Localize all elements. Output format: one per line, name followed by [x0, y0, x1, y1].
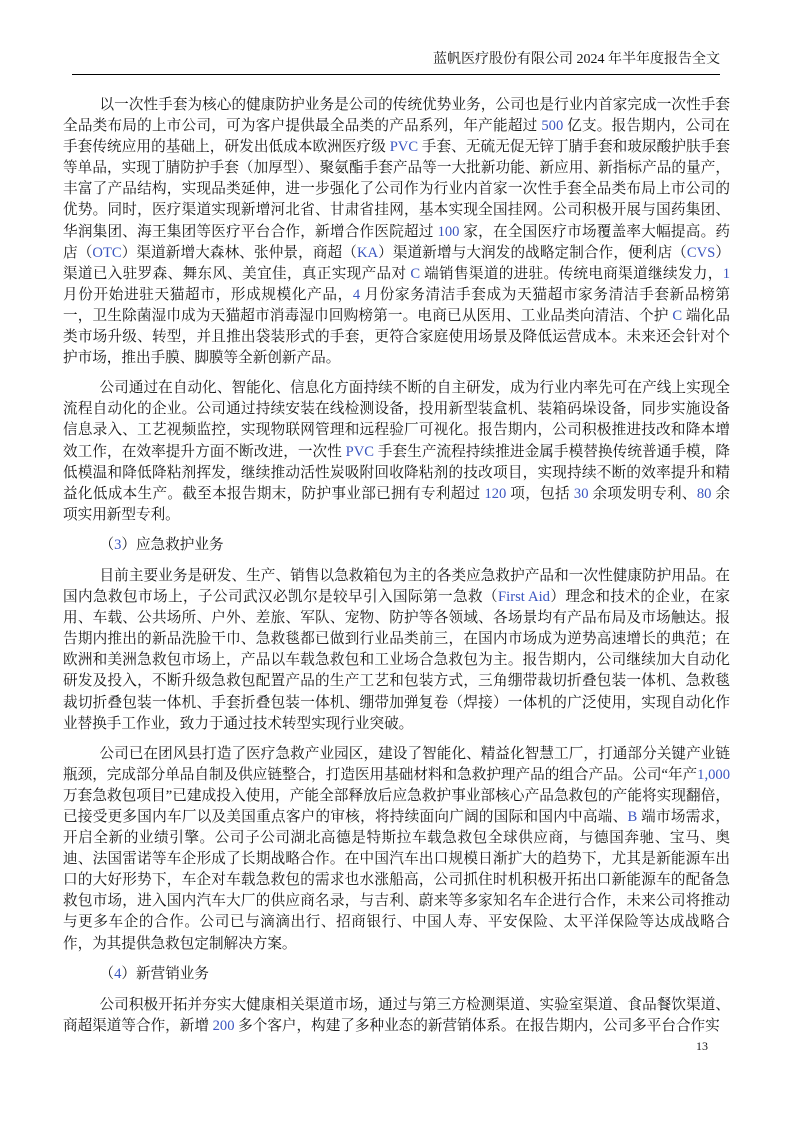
report-page: 蓝帆医疗股份有限公司 2024 年半年度报告全文 以一次性手套为核心的健康防护业…: [0, 0, 793, 1122]
paragraph: 公司积极开拓并夯实大健康相关渠道市场，通过与第三方检测渠道、实验室渠道、食品餐饮…: [63, 995, 730, 1037]
section-heading: （4）新营销业务: [63, 964, 730, 985]
paragraph: 目前主要业务是研发、生产、销售以急救箱包为主的各类应急救护产品和一次性健康防护用…: [63, 566, 730, 735]
section-heading: （3）应急救护业务: [63, 535, 730, 556]
page-header: 蓝帆医疗股份有限公司 2024 年半年度报告全文: [72, 50, 720, 75]
document-body: 以一次性手套为核心的健康防护业务是公司的传统优势业务，公司也是行业内首家完成一次…: [63, 95, 730, 1046]
report-title: 蓝帆医疗股份有限公司 2024 年半年度报告全文: [433, 52, 720, 67]
paragraph: 公司已在团风县打造了医疗急救产业园区，建设了智能化、精益化智慧工厂，打通部分关键…: [63, 744, 730, 955]
paragraph: 以一次性手套为核心的健康防护业务是公司的传统优势业务，公司也是行业内首家完成一次…: [63, 95, 730, 369]
paragraph: 公司通过在自动化、智能化、信息化方面持续不断的自主研发，成为行业内率先可在产线上…: [63, 378, 730, 526]
page-number: 13: [696, 1038, 708, 1054]
